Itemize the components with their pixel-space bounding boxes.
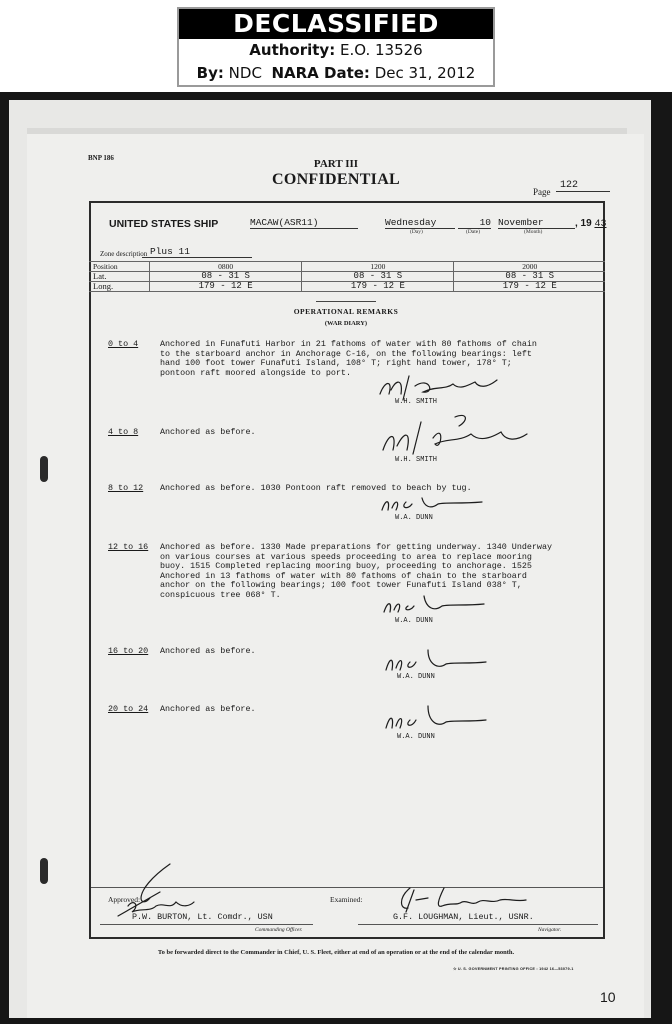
position-table: Position 0800 1200 2000 Lat. 08 - 31 S 0… <box>89 261 605 292</box>
officer-name: W.A. DUNN <box>395 617 433 625</box>
navigator-role: Navigator. <box>538 927 561 933</box>
day-field: Wednesday <box>385 217 455 229</box>
signature-line <box>100 924 313 925</box>
punch-hole-icon <box>40 858 48 884</box>
ship-name: MACAW(ASR11) <box>250 217 358 229</box>
commanding-officer-name: P.W. BURTON, Lt. Comdr., USN <box>132 913 273 923</box>
remarks-title: OPERATIONAL REMARKS <box>0 307 672 316</box>
signature-icon <box>392 884 532 914</box>
signature-icon <box>375 412 535 457</box>
forwarding-instruction: To be forwarded direct to the Commander … <box>0 949 672 956</box>
divider <box>316 301 376 302</box>
watch-label: 20 to 24 <box>108 705 148 715</box>
signature-icon <box>378 494 488 514</box>
watch-label: 12 to 16 <box>108 543 148 553</box>
signature-icon <box>382 704 492 732</box>
ship-label: UNITED STATES SHIP <box>109 218 218 230</box>
month-field: November <box>498 217 575 229</box>
signature-line <box>358 924 598 925</box>
officer-name: W.H. SMITH <box>395 398 437 406</box>
stamp-by-date: By: NDC NARA Date: Dec 31, 2012 <box>179 62 493 85</box>
table-row: Position 0800 1200 2000 <box>89 262 605 272</box>
navigator-name: G.F. LOUGHMAN, Lieut., USNR. <box>393 913 534 923</box>
year-field: , 19 43 <box>575 218 606 230</box>
entry-text: Anchored as before. 1030 Pontoon raft re… <box>160 484 580 494</box>
watch-label: 4 to 8 <box>108 428 138 438</box>
officer-name: W.A. DUNN <box>395 514 433 522</box>
part-heading: PART III <box>0 158 672 170</box>
watch-label: 0 to 4 <box>108 340 138 350</box>
entry-text: Anchored as before. 1330 Made preparatio… <box>160 543 560 601</box>
commanding-officer-role: Commanding Officer. <box>255 927 302 933</box>
page-number: 122 <box>556 180 610 192</box>
date-caption: (Date) <box>466 229 480 235</box>
printer-imprint: ☆ U. S. GOVERNMENT PRINTING OFFICE : 194… <box>453 966 574 971</box>
signature-icon <box>380 594 490 618</box>
signature-icon <box>382 648 492 674</box>
watch-label: 16 to 20 <box>108 647 148 657</box>
punch-hole-icon <box>40 456 48 482</box>
officer-name: W.A. DUNN <box>397 673 435 681</box>
officer-name: W.H. SMITH <box>395 456 437 464</box>
zone-label: Zone description <box>100 250 147 258</box>
officer-name: W.A. DUNN <box>397 733 435 741</box>
declassification-stamp: DECLASSIFIED Authority: E.O. 13526 By: N… <box>177 7 495 87</box>
remarks-subtitle: (WAR DIARY) <box>0 320 672 327</box>
examined-label: Examined: <box>330 895 363 904</box>
stamp-title: DECLASSIFIED <box>179 9 493 39</box>
zone-value: Plus 11 <box>142 246 252 258</box>
stamp-authority: Authority: E.O. 13526 <box>179 39 493 62</box>
page-label: Page <box>533 187 551 197</box>
month-caption: (Month) <box>524 229 542 235</box>
table-row: Long. 179 - 12 E 179 - 12 E 179 - 12 E <box>89 282 605 292</box>
handwritten-sheet-number: 10 <box>600 989 616 1005</box>
watch-label: 8 to 12 <box>108 484 143 494</box>
date-field: 10 <box>458 217 491 229</box>
table-row: Lat. 08 - 31 S 08 - 31 S 08 - 31 S <box>89 272 605 282</box>
day-caption: (Day) <box>410 229 423 235</box>
